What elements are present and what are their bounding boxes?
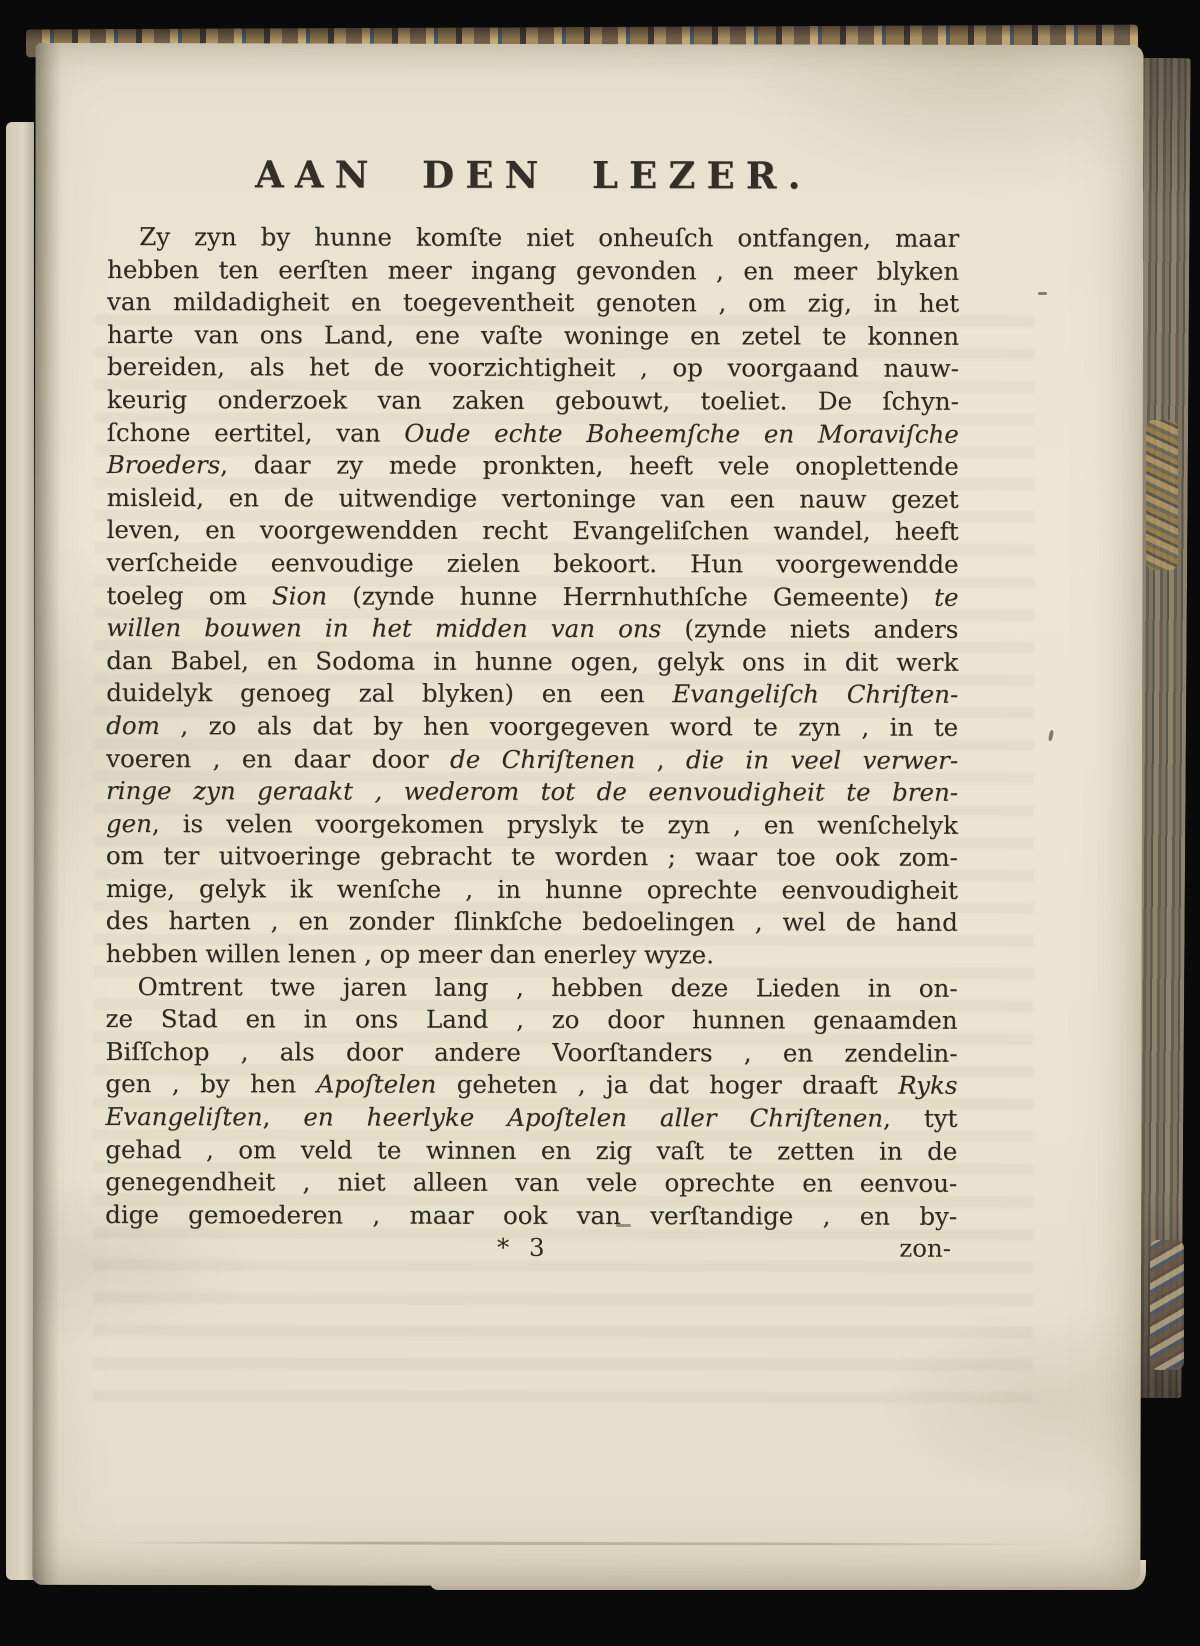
roman-text: geheten , ja dat hoger draaft [436, 1070, 898, 1100]
roman-text: , daar zy mede pronkten, heeft vele onop… [220, 450, 959, 481]
roman-text: keurig onderzoek van zaken gebouwt, toel… [107, 385, 959, 416]
text-line: ringe zyn geraakt , wederom tot de eenvo… [106, 775, 958, 809]
book-page: AAN DEN LEZER. Zy zyn by hunne komſte ni… [32, 43, 1143, 1587]
roman-text: des harten , en zonder ſlinkſche bedoeli… [106, 906, 958, 937]
roman-text: om ter uitvoeringe gebracht te worden ; … [106, 841, 958, 872]
text-line: gehad , om veld te winnen en zig vaſt te… [105, 1134, 957, 1168]
text-line: toeleg om Sion (zynde hunne Herrnhuthſch… [106, 580, 958, 614]
text-line: willen bouwen in het midden van ons (zyn… [106, 612, 958, 646]
roman-text: (zynde niets anders [661, 614, 958, 644]
italic-text: en heerlyke Apoſtelen aller Chriſtenen [303, 1102, 883, 1132]
roman-text: , [263, 1102, 304, 1131]
roman-text: , tyt [883, 1104, 957, 1133]
roman-text: Zy zyn by hunne komſte niet onheuſch ont… [139, 222, 959, 253]
text-line: verſcheide eenvoudige zielen bekoort. Hu… [106, 547, 958, 581]
text-line: voeren , en daar door de Chriſtenen , di… [106, 742, 958, 776]
text-line: dan Babel, en Sodoma in hunne ogen, gely… [106, 645, 958, 679]
italic-text: Apoſtelen [317, 1070, 437, 1099]
ink-mark [1038, 292, 1047, 295]
text-line: Zy zyn by hunne komſte niet onheuſch ont… [107, 221, 959, 255]
italic-text: Oude echte Boheemſche en Moraviſche [404, 418, 959, 448]
page-title: AAN DEN LEZER. [107, 151, 959, 199]
text-line: Broeders, daar zy mede pronkten, heeft v… [107, 449, 959, 483]
italic-text: die in veel verwer- [686, 745, 958, 775]
text-line: des harten , en zonder ſlinkſche bedoeli… [106, 905, 958, 939]
text-line: ſchone eertitel, van Oude echte Boheemſc… [107, 417, 959, 451]
italic-text: Sion [272, 581, 327, 610]
italic-text: de Chriſtenen [450, 744, 635, 773]
italic-text: willen bouwen in het midden van ons [106, 613, 661, 643]
text-line: harte van ons Land, ene vaſte woninge en… [107, 319, 959, 353]
italic-text: dom [106, 711, 160, 740]
roman-text: ze Stad en in ons Land , zo door hunnen … [106, 1004, 958, 1035]
roman-text: Biſſchop , als door andere Voorſtanders … [105, 1037, 957, 1068]
italic-text: Broeders [107, 450, 220, 479]
text-line: ze Stad en in ons Land , zo door hunnen … [106, 1003, 958, 1037]
roman-text: , zo als dat by hen voorgegeven word te … [160, 711, 958, 742]
text-line: dige gemoederen , maar ook van verſtandi… [105, 1199, 957, 1233]
roman-text: , [635, 745, 686, 774]
roman-text: genegendheit , niet alleen van vele opre… [105, 1167, 957, 1198]
roman-text: harte van ons Land, ene vaſte woninge en… [107, 320, 959, 351]
roman-text: Omtrent twe jaren lang , hebben deze Lie… [138, 972, 958, 1003]
italic-text: ringe zyn geraakt , wederom tot de eenvo… [106, 776, 958, 807]
underlying-page-strip [6, 122, 34, 1580]
text-line: duidelyk genoeg zal blyken) en een Evang… [106, 677, 958, 711]
text-line: dom , zo als dat by hen voorgegeven word… [106, 710, 958, 744]
roman-text: verſcheide eenvoudige zielen bekoort. Hu… [106, 548, 958, 579]
signature-mark: * 3 [497, 1233, 551, 1262]
roman-text: gehad , om veld te winnen en zig vaſt te… [105, 1135, 957, 1166]
text-line: hebben ten eerſten meer ingang gevonden … [107, 254, 959, 288]
italic-text: te [934, 582, 958, 611]
text-line: om ter uitvoeringe gebracht te worden ; … [106, 840, 958, 874]
text-line: mige, gelyk ik wenſche , in hunne oprech… [106, 873, 958, 907]
text-line: Omtrent twe jaren lang , hebben deze Lie… [106, 971, 958, 1005]
photographed-book-page: { "colors":{ "background":"#0a0a0a", "pa… [0, 0, 1200, 1646]
italic-text: gen [106, 809, 152, 838]
text-line: van mildadigheit en toegeventheit genote… [107, 286, 959, 320]
italic-text: Evangeliſten [105, 1102, 262, 1131]
roman-text: , is velen voorgekomen pryslyk te zyn , … [152, 809, 958, 840]
roman-text: (zynde hunne Herrnhuthſche Gemeente) [327, 581, 934, 611]
text-line: misleid, en de uitwendige vertoninge van… [107, 482, 959, 516]
roman-text: hebben willen lenen , op meer dan enerle… [106, 939, 714, 969]
roman-text: mige, gelyk ik wenſche , in hunne oprech… [106, 874, 958, 905]
ink-mark [616, 1224, 631, 1227]
page-foot: * 3 zon- [105, 1232, 957, 1270]
text-block: Zy zyn by hunne komſte niet onheuſch ont… [105, 221, 959, 1233]
marbled-edge-patch [1146, 420, 1178, 570]
paper-crease [72, 1541, 1070, 1546]
roman-text: toeleg om [106, 581, 272, 610]
gutter-shadow [32, 43, 61, 1585]
text-line: Evangeliſten, en heerlyke Apoſtelen alle… [105, 1101, 957, 1135]
text-line: leven, en voorgewendden recht Evangeliſc… [107, 514, 959, 548]
roman-text: gen , by hen [105, 1069, 316, 1098]
roman-text: voeren , en daar door [106, 743, 450, 773]
marbled-edge-patch [1150, 1240, 1184, 1370]
roman-text: duidelyk genoeg zal blyken) en een [106, 678, 672, 708]
text-line: Biſſchop , als door andere Voorſtanders … [105, 1036, 957, 1070]
italic-text: Evangeliſch Chriſten- [672, 679, 958, 709]
italic-text: Ryks [898, 1071, 957, 1100]
roman-text: dan Babel, en Sodoma in hunne ogen, gely… [106, 646, 958, 677]
roman-text: hebben ten eerſten meer ingang gevonden … [107, 255, 959, 286]
text-line: gen , by hen Apoſtelen geheten , ja dat … [105, 1068, 957, 1102]
roman-text: leven, en voorgewendden recht Evangeliſc… [107, 515, 959, 546]
text-line: genegendheit , niet alleen van vele opre… [105, 1166, 957, 1200]
roman-text: bereiden, als het de voorzichtigheit , o… [107, 352, 959, 383]
catchword: zon- [899, 1234, 951, 1263]
text-content: AAN DEN LEZER. Zy zyn by hunne komſte ni… [105, 151, 959, 1270]
roman-text: misleid, en de uitwendige vertoninge van… [107, 483, 959, 514]
roman-text: dige gemoederen , maar ook van verſtandi… [105, 1200, 957, 1231]
text-line: hebben willen lenen , op meer dan enerle… [106, 938, 958, 972]
text-line: bereiden, als het de voorzichtigheit , o… [107, 351, 959, 385]
roman-text: van mildadigheit en toegeventheit genote… [107, 287, 959, 318]
text-line: keurig onderzoek van zaken gebouwt, toel… [107, 384, 959, 418]
text-line: gen, is velen voorgekomen pryslyk te zyn… [106, 808, 958, 842]
roman-text: ſchone eertitel, van [107, 418, 405, 448]
